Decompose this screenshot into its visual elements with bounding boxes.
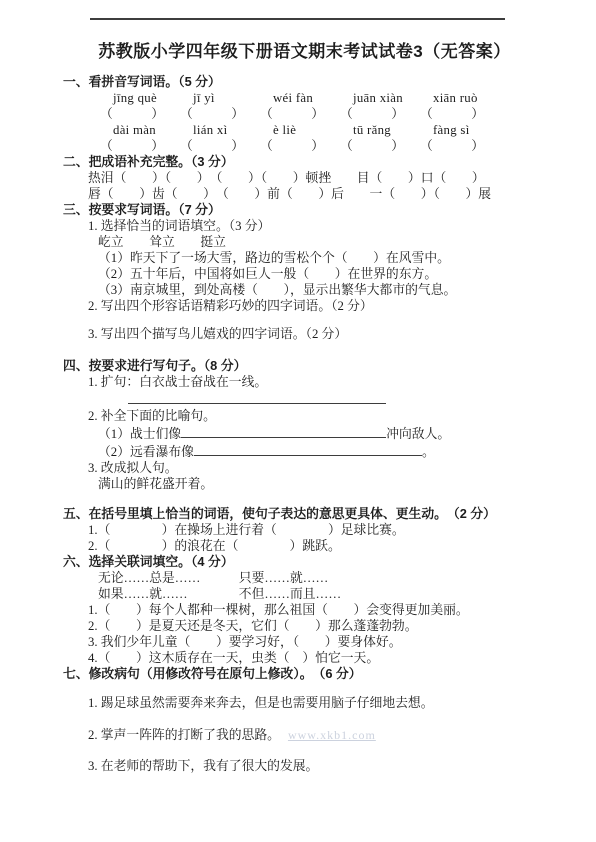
pinyin-word: xiān ruò	[433, 90, 513, 106]
answer-blank-parens: （ ）	[420, 106, 500, 122]
answer-line	[63, 390, 546, 408]
pinyin-word: dài màn	[113, 122, 193, 138]
question-line: 4.（ ）这木质存在一天，虫类（ ）怕它一天。	[88, 650, 546, 666]
answer-blank-parens: （ ）	[180, 106, 260, 122]
answer-blank-parens: （ ）	[100, 138, 180, 154]
question-text: 2. 掌声一阵阵的打断了我的思路。	[88, 728, 280, 742]
question-line: （1）战士们像冲向敌人。	[98, 424, 546, 442]
question-line: 2. 掌声一阵阵的打断了我的思路。www.xkb1.com	[88, 727, 546, 743]
answer-blank-parens: （ ）	[340, 138, 420, 154]
pinyin-word: jīng què	[113, 90, 193, 106]
section-5-heading: 五、在括号里填上恰当的词语，使句子表达的意思更具体、更生动。 （2 分）	[63, 506, 546, 522]
section-1-heading: 一、看拼音写词语。（5 分）	[63, 74, 546, 90]
answer-blank-parens: （ ）	[260, 138, 340, 154]
watermark-link[interactable]: www.xkb1.com	[288, 728, 376, 742]
question-line: 2. 写出四个形容话语精彩巧妙的四字词语。（2 分）	[88, 298, 546, 314]
question-line: （2）五十年后，中国将如巨人一般（ ）在世界的东方。	[98, 266, 546, 282]
conjunction-word-bank: 如果……就…… 不但……而且……	[98, 586, 546, 602]
question-line: （2）远看瀑布像。	[98, 442, 546, 460]
question-line: 2. 补全下面的比喻句。	[88, 408, 546, 424]
question-line: 3. 我们少年儿童（ ）要学习好，（ ）要身体好。	[88, 634, 546, 650]
section-7-heading: 七、修改病句（用修改符号在原句上修改）。 （6 分）	[63, 666, 546, 682]
question-line: 3. 写出四个描写鸟儿嬉戏的四字词语。（2 分）	[88, 326, 546, 342]
page-title: 苏教版小学四年级下册语文期末考试试卷3（无答案）	[63, 39, 546, 65]
answer-blank-parens: （ ）	[100, 106, 180, 122]
section-2-heading: 二、把成语补充完整。（3 分）	[63, 154, 546, 170]
idiom-row: 热泪（ ）（ ） （ ）（ ）顿挫 目（ ）口（ ）	[88, 170, 546, 186]
section-6-heading: 六、选择关联词填空。（4 分）	[63, 554, 546, 570]
document-body: 苏教版小学四年级下册语文期末考试试卷3（无答案） 一、看拼音写词语。（5 分） …	[0, 39, 596, 774]
answer-blank-parens: （ ）	[420, 138, 500, 154]
question-line: 3. 改成拟人句。	[88, 460, 546, 476]
answer-parens-row-1: （ ） （ ） （ ） （ ） （ ）	[100, 106, 546, 122]
question-line: 3. 在老师的帮助下，我有了很大的发展。	[88, 758, 546, 774]
section-4-heading: 四、按要求进行写句子。（8 分）	[63, 358, 546, 374]
question-line: （3）南京城里，到处高楼（ ），显示出繁华大都市的气息。	[98, 282, 546, 298]
question-line: 满山的鲜花盛开着。	[98, 476, 546, 492]
pinyin-word: lián xì	[193, 122, 273, 138]
word-bank: 屹立 耸立 挺立	[98, 234, 546, 250]
idiom-row: 唇（ ）齿（ ） （ ）前（ ）后 一（ ）（ ）展	[88, 186, 546, 202]
pinyin-word: jī yì	[193, 90, 273, 106]
question-line: 1. 踢足球虽然需要奔来奔去，但是也需要用脑子仔细地去想。	[88, 695, 546, 711]
section-3-heading: 三、按要求写词语。（7 分）	[63, 202, 546, 218]
answer-blank-parens: （ ）	[260, 106, 340, 122]
top-divider-rule	[90, 18, 505, 20]
question-text: （2）远看瀑布像	[98, 445, 194, 459]
answer-parens-row-2: （ ） （ ） （ ） （ ） （ ）	[100, 138, 546, 154]
question-text: （1）战士们像	[98, 427, 181, 441]
underline-blank	[181, 424, 386, 438]
pinyin-row-2: dài màn lián xì è liè tū rǎng fàng sì	[113, 122, 546, 138]
underline-blank	[194, 442, 422, 456]
pinyin-row-1: jīng què jī yì wéi fàn juān xiàn xiān ru…	[113, 90, 546, 106]
question-line: 1. 扩句：白衣战士奋战在一线。	[88, 374, 546, 390]
question-line: 1.（ ）每个人都种一棵树，那么祖国（ ）会变得更加美丽。	[88, 602, 546, 618]
pinyin-word: wéi fàn	[273, 90, 353, 106]
question-line: 1. 选择恰当的词语填空。（3 分）	[88, 218, 546, 234]
pinyin-word: tū rǎng	[353, 122, 433, 138]
question-line: 1.（ ）在操场上进行着（ ）足球比赛。	[88, 522, 546, 538]
question-text: 冲向敌人。	[386, 427, 450, 441]
pinyin-word: juān xiàn	[353, 90, 433, 106]
underline-blank	[128, 390, 386, 404]
pinyin-word: fàng sì	[433, 122, 513, 138]
question-line: 2.（ ）是夏天还是冬天，它们（ ）那么蓬蓬勃勃。	[88, 618, 546, 634]
question-text: 。	[422, 445, 435, 459]
answer-blank-parens: （ ）	[180, 138, 260, 154]
answer-blank-parens: （ ）	[340, 106, 420, 122]
exam-paper-page: 苏教版小学四年级下册语文期末考试试卷3（无答案） 一、看拼音写词语。（5 分） …	[0, 0, 596, 842]
question-line: （1）昨天下了一场大雪，路边的雪松个个（ ）在风雪中。	[98, 250, 546, 266]
conjunction-word-bank: 无论……总是…… 只要……就……	[98, 570, 546, 586]
pinyin-word: è liè	[273, 122, 353, 138]
question-line: 2.（ ）的浪花在（ ）跳跃。	[88, 538, 546, 554]
